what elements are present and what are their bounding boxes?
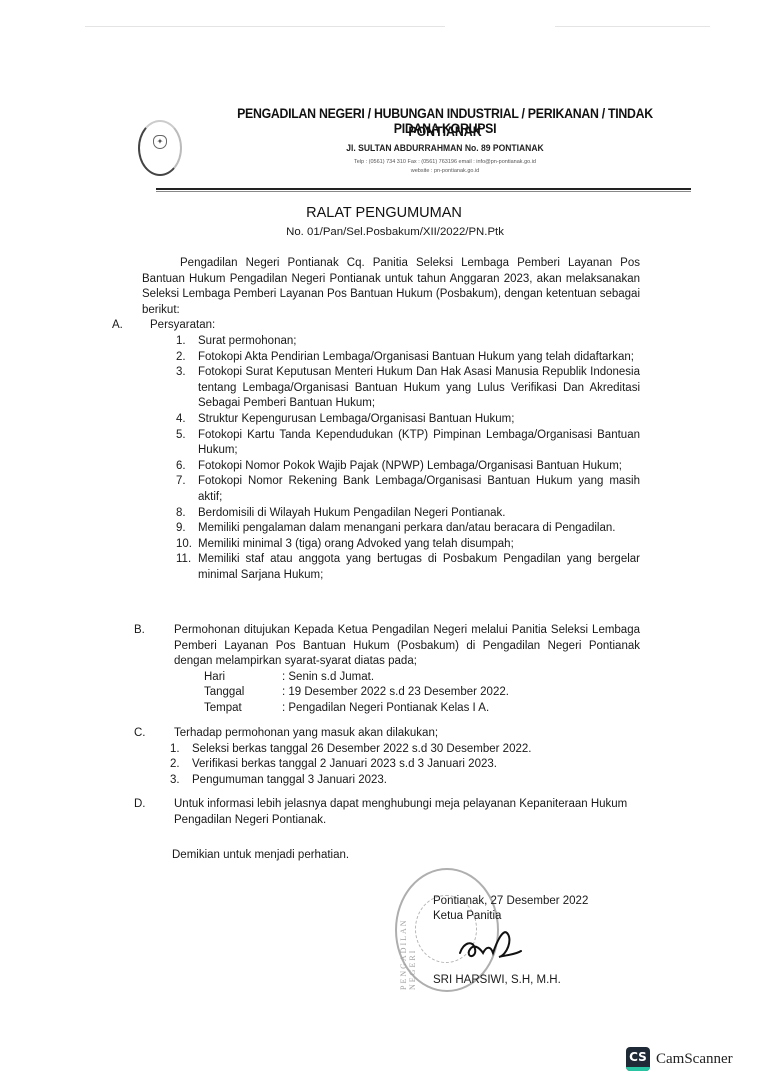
section-d: D. Untuk informasi lebih jelasnya dapat … xyxy=(134,797,640,828)
process-step-item-text: Seleksi berkas tanggal 26 Desember 2022 … xyxy=(192,742,640,758)
letterhead-divider xyxy=(156,188,691,190)
section-c-letter: C. xyxy=(134,726,146,742)
requirement-item-text: Memiliki minimal 3 (tiga) orang Advoked … xyxy=(198,537,640,553)
requirement-item: 5.Fotokopi Kartu Tanda Kependudukan (KTP… xyxy=(176,428,640,459)
section-b-letter: B. xyxy=(134,623,145,639)
process-step-item: 2.Verifikasi berkas tanggal 2 Januari 20… xyxy=(170,757,640,773)
requirement-item-number: 1. xyxy=(176,334,198,350)
intro-paragraph: Pengadilan Negeri Pontianak Cq. Panitia … xyxy=(142,256,640,318)
handwritten-signature-icon xyxy=(455,925,525,965)
section-d-letter: D. xyxy=(134,797,146,813)
detail-label: Tanggal xyxy=(204,685,282,701)
requirement-item: 1.Surat permohonan; xyxy=(176,334,640,350)
document-number: No. 01/Pan/Sel.Posbakum/XII/2022/PN.Ptk xyxy=(0,226,768,238)
detail-value: : Senin s.d Jumat. xyxy=(282,670,374,686)
process-step-item: 1.Seleksi berkas tanggal 26 Desember 202… xyxy=(170,742,640,758)
process-step-item-number: 1. xyxy=(170,742,192,758)
contact-website: website : pn-pontianak.go.id xyxy=(200,167,690,176)
requirement-item: 2.Fotokopi Akta Pendirian Lembaga/Organi… xyxy=(176,350,640,366)
requirement-item: 8.Berdomisili di Wilayah Hukum Pengadila… xyxy=(176,506,640,522)
requirement-item-number: 10. xyxy=(176,537,198,553)
submission-detail-row: Tempat: Pengadilan Negeri Pontianak Kela… xyxy=(204,701,640,717)
institution-contact: Telp : (0561) 734 310 Fax : (0561) 76319… xyxy=(200,158,690,176)
letterhead: ✦ PENGADILAN NEGERI / HUBUNGAN INDUSTRIA… xyxy=(120,100,690,192)
process-step-item-number: 3. xyxy=(170,773,192,789)
requirement-item-text: Surat permohonan; xyxy=(198,334,640,350)
court-emblem-icon: ✦ xyxy=(138,120,182,176)
submission-details: Hari: Senin s.d Jumat.Tanggal: 19 Desemb… xyxy=(134,670,640,717)
requirement-item-number: 4. xyxy=(176,412,198,428)
requirement-item-number: 3. xyxy=(176,365,198,412)
requirement-item-number: 2. xyxy=(176,350,198,366)
section-d-text: Untuk informasi lebih jelasnya dapat men… xyxy=(174,797,640,828)
section-b-text: Permohonan ditujukan Kepada Ketua Pengad… xyxy=(174,623,640,670)
section-a-heading: A. Persyaratan: xyxy=(112,318,640,334)
requirement-item-number: 9. xyxy=(176,521,198,537)
process-step-item-number: 2. xyxy=(170,757,192,773)
requirement-item-text: Memiliki staf atau anggota yang bertugas… xyxy=(198,552,640,583)
requirement-item-text: Fotokopi Nomor Pokok Wajib Pajak (NPWP) … xyxy=(198,459,640,475)
requirement-item-text: Fotokopi Kartu Tanda Kependudukan (KTP) … xyxy=(198,428,640,459)
requirement-item-text: Memiliki pengalaman dalam menangani perk… xyxy=(198,521,640,537)
requirements-list: 1.Surat permohonan;2.Fotokopi Akta Pendi… xyxy=(142,334,640,584)
section-c: C. Terhadap permohonan yang masuk akan d… xyxy=(134,726,640,788)
submission-detail-row: Hari: Senin s.d Jumat. xyxy=(204,670,640,686)
submission-detail-row: Tanggal: 19 Desember 2022 s.d 23 Desembe… xyxy=(204,685,640,701)
requirement-item-text: Fotokopi Akta Pendirian Lembaga/Organisa… xyxy=(198,350,640,366)
detail-label: Tempat xyxy=(204,701,282,717)
section-c-text: Terhadap permohonan yang masuk akan dila… xyxy=(174,726,640,742)
section-a-title: Persyaratan: xyxy=(150,318,215,334)
requirement-item-text: Fotokopi Surat Keputusan Menteri Hukum D… xyxy=(198,365,640,412)
stamp-text: PENGADILAN NEGERI xyxy=(399,900,417,990)
process-list: 1.Seleksi berkas tanggal 26 Desember 202… xyxy=(170,742,640,789)
requirement-item-number: 8. xyxy=(176,506,198,522)
requirement-item-number: 7. xyxy=(176,474,198,505)
requirement-item: 6.Fotokopi Nomor Pokok Wajib Pajak (NPWP… xyxy=(176,459,640,475)
requirement-item-number: 11. xyxy=(176,552,198,583)
camscanner-brand: CamScanner xyxy=(656,1051,733,1068)
requirement-item: 4.Struktur Kepengurusan Lembaga/Organisa… xyxy=(176,412,640,428)
requirement-item-number: 5. xyxy=(176,428,198,459)
section-a-letter: A. xyxy=(112,318,150,334)
detail-value: : Pengadilan Negeri Pontianak Kelas I A. xyxy=(282,701,489,717)
section-b: B. Permohonan ditujukan Kepada Ketua Pen… xyxy=(134,623,640,717)
signature-role: Ketua Panitia xyxy=(433,910,501,922)
requirement-item: 9.Memiliki pengalaman dalam menangani pe… xyxy=(176,521,640,537)
closing-remark: Demikian untuk menjadi perhatian. xyxy=(172,849,349,861)
intro-and-requirements: Pengadilan Negeri Pontianak Cq. Panitia … xyxy=(142,256,640,583)
institution-address: Jl. SULTAN ABDURRAHMAN No. 89 PONTIANAK xyxy=(225,143,666,154)
requirement-item-text: Struktur Kepengurusan Lembaga/Organisasi… xyxy=(198,412,640,428)
process-step-item-text: Verifikasi berkas tanggal 2 Januari 2023… xyxy=(192,757,640,773)
detail-label: Hari xyxy=(204,670,282,686)
camscanner-logo-icon: CS xyxy=(626,1047,650,1071)
camscanner-watermark: CS CamScanner xyxy=(626,1047,733,1071)
requirement-item-text: Fotokopi Nomor Rekening Bank Lembaga/Org… xyxy=(198,474,640,505)
process-step-item-text: Pengumuman tanggal 3 Januari 2023. xyxy=(192,773,640,789)
letterhead-divider-thin xyxy=(156,191,691,192)
process-step-item: 3.Pengumuman tanggal 3 Januari 2023. xyxy=(170,773,640,789)
requirement-item-number: 6. xyxy=(176,459,198,475)
signature-place-date: Pontianak, 27 Desember 2022 xyxy=(433,895,588,907)
requirement-item: 10.Memiliki minimal 3 (tiga) orang Advok… xyxy=(176,537,640,553)
requirement-item: 7.Fotokopi Nomor Rekening Bank Lembaga/O… xyxy=(176,474,640,505)
requirement-item-text: Berdomisili di Wilayah Hukum Pengadilan … xyxy=(198,506,640,522)
detail-value: : 19 Desember 2022 s.d 23 Desember 2022. xyxy=(282,685,509,701)
scan-artifact-line xyxy=(555,26,710,27)
signatory-name: SRI HARSIWI, S.H, M.H. xyxy=(433,974,561,986)
requirement-item: 3.Fotokopi Surat Keputusan Menteri Hukum… xyxy=(176,365,640,412)
contact-phone-email: Telp : (0561) 734 310 Fax : (0561) 76319… xyxy=(200,158,690,167)
scan-artifact-line xyxy=(85,26,445,27)
emblem-glyph-icon: ✦ xyxy=(153,135,167,149)
requirement-item: 11.Memiliki staf atau anggota yang bertu… xyxy=(176,552,640,583)
institution-city: PONTIANAK xyxy=(220,124,671,139)
document-title: RALAT PENGUMUMAN xyxy=(0,205,768,221)
